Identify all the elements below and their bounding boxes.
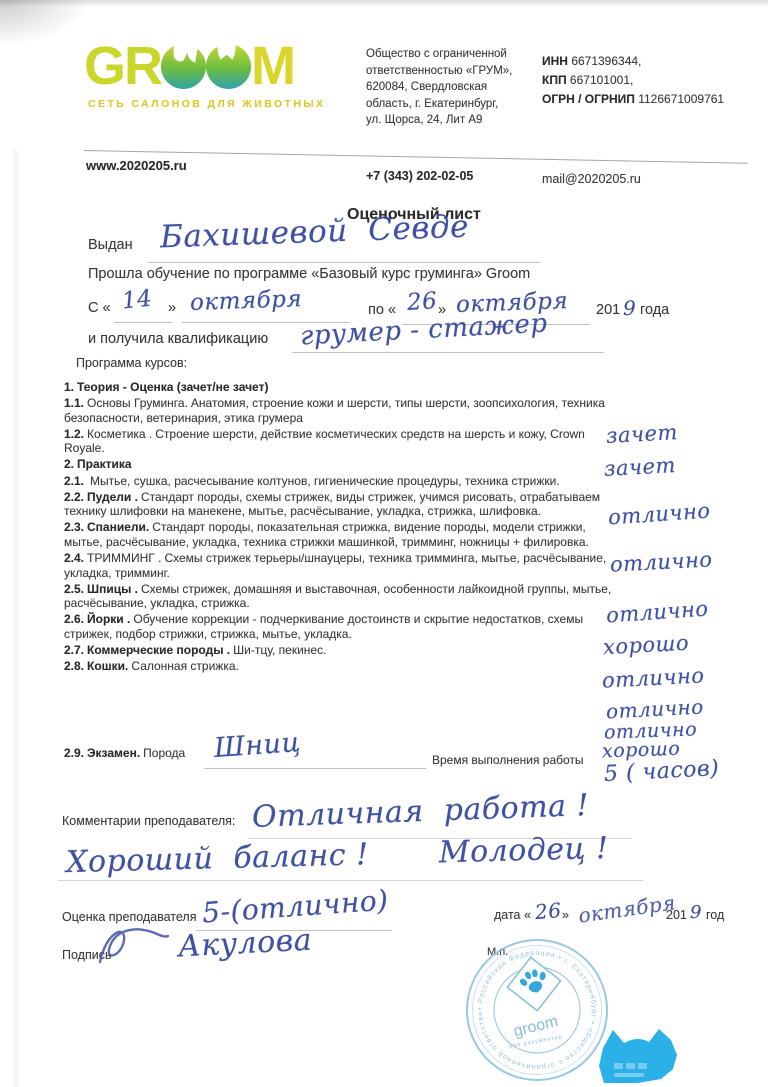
course-item: 2.8.Кошки.Салонная стрижка.	[64, 659, 624, 674]
scan-corner-shadow	[0, 0, 90, 46]
comment-line2-handwritten: Хороший баланс ! Молодец !	[66, 831, 609, 880]
from-day-handwritten: 14	[121, 285, 154, 314]
scanned-evaluation-sheet: G R M СЕТЬ САЛОНОВ ДЛЯ ЖИВОТНЫХ Общество…	[0, 0, 768, 1087]
course-item: 2.3.Спаниели.Стандарт породы, показатель…	[64, 520, 624, 549]
to-day-handwritten: 26	[406, 288, 438, 316]
exam-row: 2.9.Экзамен.Порода	[64, 746, 185, 760]
course-item: 2.4.ТРИММИНГ .Схемы стрижек терьеры/шнау…	[64, 551, 624, 580]
grade-handwritten: зачет	[605, 420, 678, 448]
course-list: 1.Теория - Оценка (зачет/не зачет) 1.1.О…	[64, 380, 624, 675]
logo-o-dog-icon	[160, 43, 207, 90]
course-item: 2.7.Коммерческие породы .Ши-тцу, пекинес…	[64, 643, 624, 658]
kpp-line: КПП 667101001,	[542, 71, 768, 90]
ogrn-line: ОГРН / ОГРНИП 1126671009761	[542, 90, 768, 109]
period-from-prefix: С «	[88, 300, 111, 316]
grade-handwritten: зачет	[603, 453, 676, 481]
date-month-handwritten: октября	[577, 890, 677, 927]
signature-flourish-icon	[94, 918, 172, 968]
company-round-stamp: • Российская Федерация • г. Екатеринбург…	[462, 938, 614, 1084]
course-item: 1.1.Основы Груминга.Анатомия, строение к…	[64, 396, 624, 425]
from-month-handwritten: октября	[190, 286, 303, 316]
course-item: 2.6.Йорки .Обучение коррекции - подчерки…	[64, 612, 624, 641]
exam-breed-underline	[204, 768, 426, 769]
training-line: Прошла обучение по программе «Базовый ку…	[88, 266, 753, 282]
year-suffix: года	[640, 302, 669, 318]
student-name-handwritten: Бахишевой Севде	[159, 209, 469, 256]
comment-line2-underline	[58, 880, 643, 881]
issued-label: Выдан	[88, 237, 133, 253]
qualification-underline	[292, 352, 604, 353]
course-item: 1.2.Косметика .Строение шерсти, действие…	[64, 427, 624, 456]
course-item: 2.1.Мытье, сушка, расчесывание колтунов,…	[64, 474, 624, 489]
grade-handwritten: отлично	[609, 547, 713, 576]
course-item: 1.Теория - Оценка (зачет/не зачет)	[64, 380, 624, 395]
date-day-handwritten: 26	[534, 898, 562, 924]
phone: +7 (343) 202-02-05	[366, 169, 473, 183]
inn-line: ИНН 6671396344,	[542, 52, 768, 71]
grade-handwritten: отлично	[601, 663, 705, 692]
year-printed: 201	[596, 302, 620, 318]
comment-line1-handwritten: Отличная работа !	[251, 788, 589, 835]
logo-word: G R M	[84, 40, 325, 92]
signature-name-handwritten: Акулова	[177, 923, 313, 965]
email: mail@2020205.ru	[542, 172, 641, 186]
logo-letter-g: G	[84, 40, 124, 92]
comments-label: Комментарии преподавателя:	[62, 814, 235, 828]
groom-logo: G R M СЕТЬ САЛОНОВ ДЛЯ ЖИВОТНЫХ	[84, 40, 325, 110]
logo-letter-m: M	[251, 40, 294, 92]
exam-time-handwritten: 5 ( часов)	[603, 756, 719, 787]
date-suffix: год	[706, 908, 724, 922]
qualification-handwritten: грумер - стажер	[299, 309, 548, 352]
website: www.2020205.ru	[86, 158, 187, 173]
period-to-prefix: по «	[368, 302, 396, 318]
scan-edge-top	[0, 0, 768, 7]
from-day-underline	[114, 322, 172, 323]
dog-head-silhouette-icon	[598, 1028, 694, 1084]
date-year-digit-handwritten: 9	[690, 902, 702, 923]
logo-o-cat-icon	[205, 43, 252, 90]
company-address: Общество с ограниченной ответственностью…	[366, 46, 536, 129]
date-year-printed: 201	[666, 908, 687, 922]
scan-edge-left	[14, 150, 21, 1087]
exam-time-label: Время выполнения работы	[432, 753, 584, 767]
year-digit-handwritten: 9	[623, 296, 636, 320]
logo-letter-r: R	[124, 40, 161, 92]
name-underline	[148, 262, 540, 263]
exam-breed-handwritten: Шниц	[213, 727, 302, 764]
program-label: Программа курсов:	[76, 356, 187, 370]
course-item: 2.2.Пудели .Стандарт породы, схемы стриж…	[64, 490, 624, 519]
logo-tagline: СЕТЬ САЛОНОВ ДЛЯ ЖИВОТНЫХ	[88, 98, 325, 110]
grade-handwritten: хорошо	[602, 631, 689, 659]
registration-numbers: ИНН 6671396344, КПП 667101001, ОГРН / ОГ…	[542, 52, 768, 109]
from-quote-close: »	[168, 300, 176, 316]
date-quote-close: »	[562, 908, 569, 922]
course-item: 2.5.Шпицы .Схемы стрижек, домашняя и выс…	[64, 582, 624, 611]
course-item: 2.Практика	[64, 457, 624, 472]
qualification-label: и получила квалификацию	[88, 331, 268, 347]
date-prefix: дата «	[494, 908, 531, 922]
